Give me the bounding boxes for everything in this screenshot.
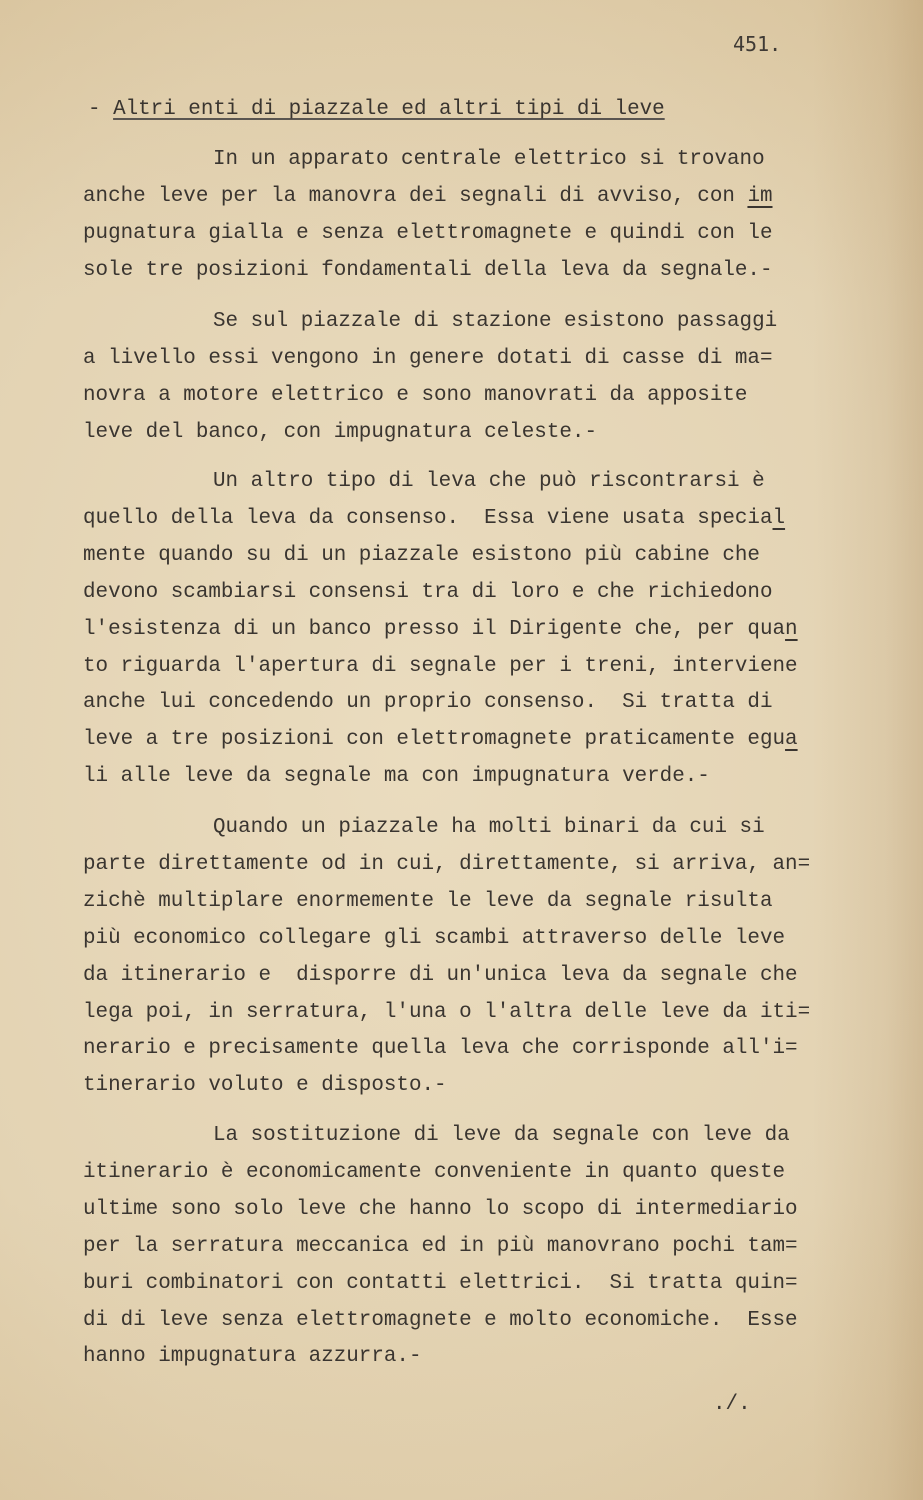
text-line: novra a motore elettrico e sono manovrat… xyxy=(83,384,747,408)
text-line: devono scambiarsi consensi tra di loro e… xyxy=(83,581,773,605)
text-line: quello della leva da consenso. Essa vien… xyxy=(83,507,785,531)
text-line: zichè multiplare enormemente le leve da … xyxy=(83,890,773,914)
text-line: tinerario voluto e disposto.- xyxy=(83,1074,447,1098)
text-line: Quando un piazzale ha molti binari da cu… xyxy=(213,816,765,840)
text-line: hanno impugnatura azzurra.- xyxy=(83,1345,421,1369)
text-line: li alle leve da segnale ma con impugnatu… xyxy=(83,765,710,789)
underlined-fragment: a xyxy=(785,728,798,751)
text-line: to riguarda l'apertura di segnale per i … xyxy=(83,655,798,679)
text-line: leve a tre posizioni con elettromagnete … xyxy=(83,728,798,752)
text-line: lega poi, in serratura, l'una o l'altra … xyxy=(83,1001,810,1025)
text-line: da itinerario e disporre di un'unica lev… xyxy=(83,964,798,988)
text-line: più economico collegare gli scambi attra… xyxy=(83,927,785,951)
underlined-fragment: l xyxy=(773,507,786,530)
text-line: Se sul piazzale di stazione esistono pas… xyxy=(213,310,777,334)
text-line: buri combinatori con contatti elettrici.… xyxy=(83,1272,798,1296)
text-line: sole tre posizioni fondamentali della le… xyxy=(83,259,773,283)
text-line: anche leve per la manovra dei segnali di… xyxy=(83,185,773,209)
text-line: di di leve senza elettromagnete e molto … xyxy=(83,1309,798,1333)
section-title: - Altri enti di piazzale ed altri tipi d… xyxy=(88,98,665,121)
continuation-mark: ./. xyxy=(713,1393,751,1416)
text-line: parte direttamente od in cui, direttamen… xyxy=(83,853,810,877)
underlined-fragment: n xyxy=(785,618,798,641)
text-line: l'esistenza di un banco presso il Dirige… xyxy=(83,618,798,642)
text-line: Un altro tipo di leva che può riscontrar… xyxy=(213,470,765,494)
text-line: In un apparato centrale elettrico si tro… xyxy=(213,148,765,172)
text-line: nerario e precisamente quella leva che c… xyxy=(83,1037,798,1061)
text-line: a livello essi vengono in genere dotati … xyxy=(83,347,773,371)
text-line: pugnatura gialla e senza elettromagnete … xyxy=(83,222,773,246)
text-line: per la serratura meccanica ed in più man… xyxy=(83,1235,798,1259)
text-line: leve del banco, con impugnatura celeste.… xyxy=(83,421,597,445)
text-line: La sostituzione di leve da segnale con l… xyxy=(213,1124,790,1148)
text-line: mente quando su di un piazzale esistono … xyxy=(83,544,760,568)
underlined-fragment: im xyxy=(747,185,772,208)
text-line: itinerario è economicamente conveniente … xyxy=(83,1161,785,1185)
page-number: 451. xyxy=(733,32,781,56)
text-line: anche lui concedendo un proprio consenso… xyxy=(83,691,773,715)
text-line: ultime sono solo leve che hanno lo scopo… xyxy=(83,1198,798,1222)
title-text: Altri enti di piazzale ed altri tipi di … xyxy=(113,98,665,121)
title-dash: - xyxy=(88,98,113,121)
